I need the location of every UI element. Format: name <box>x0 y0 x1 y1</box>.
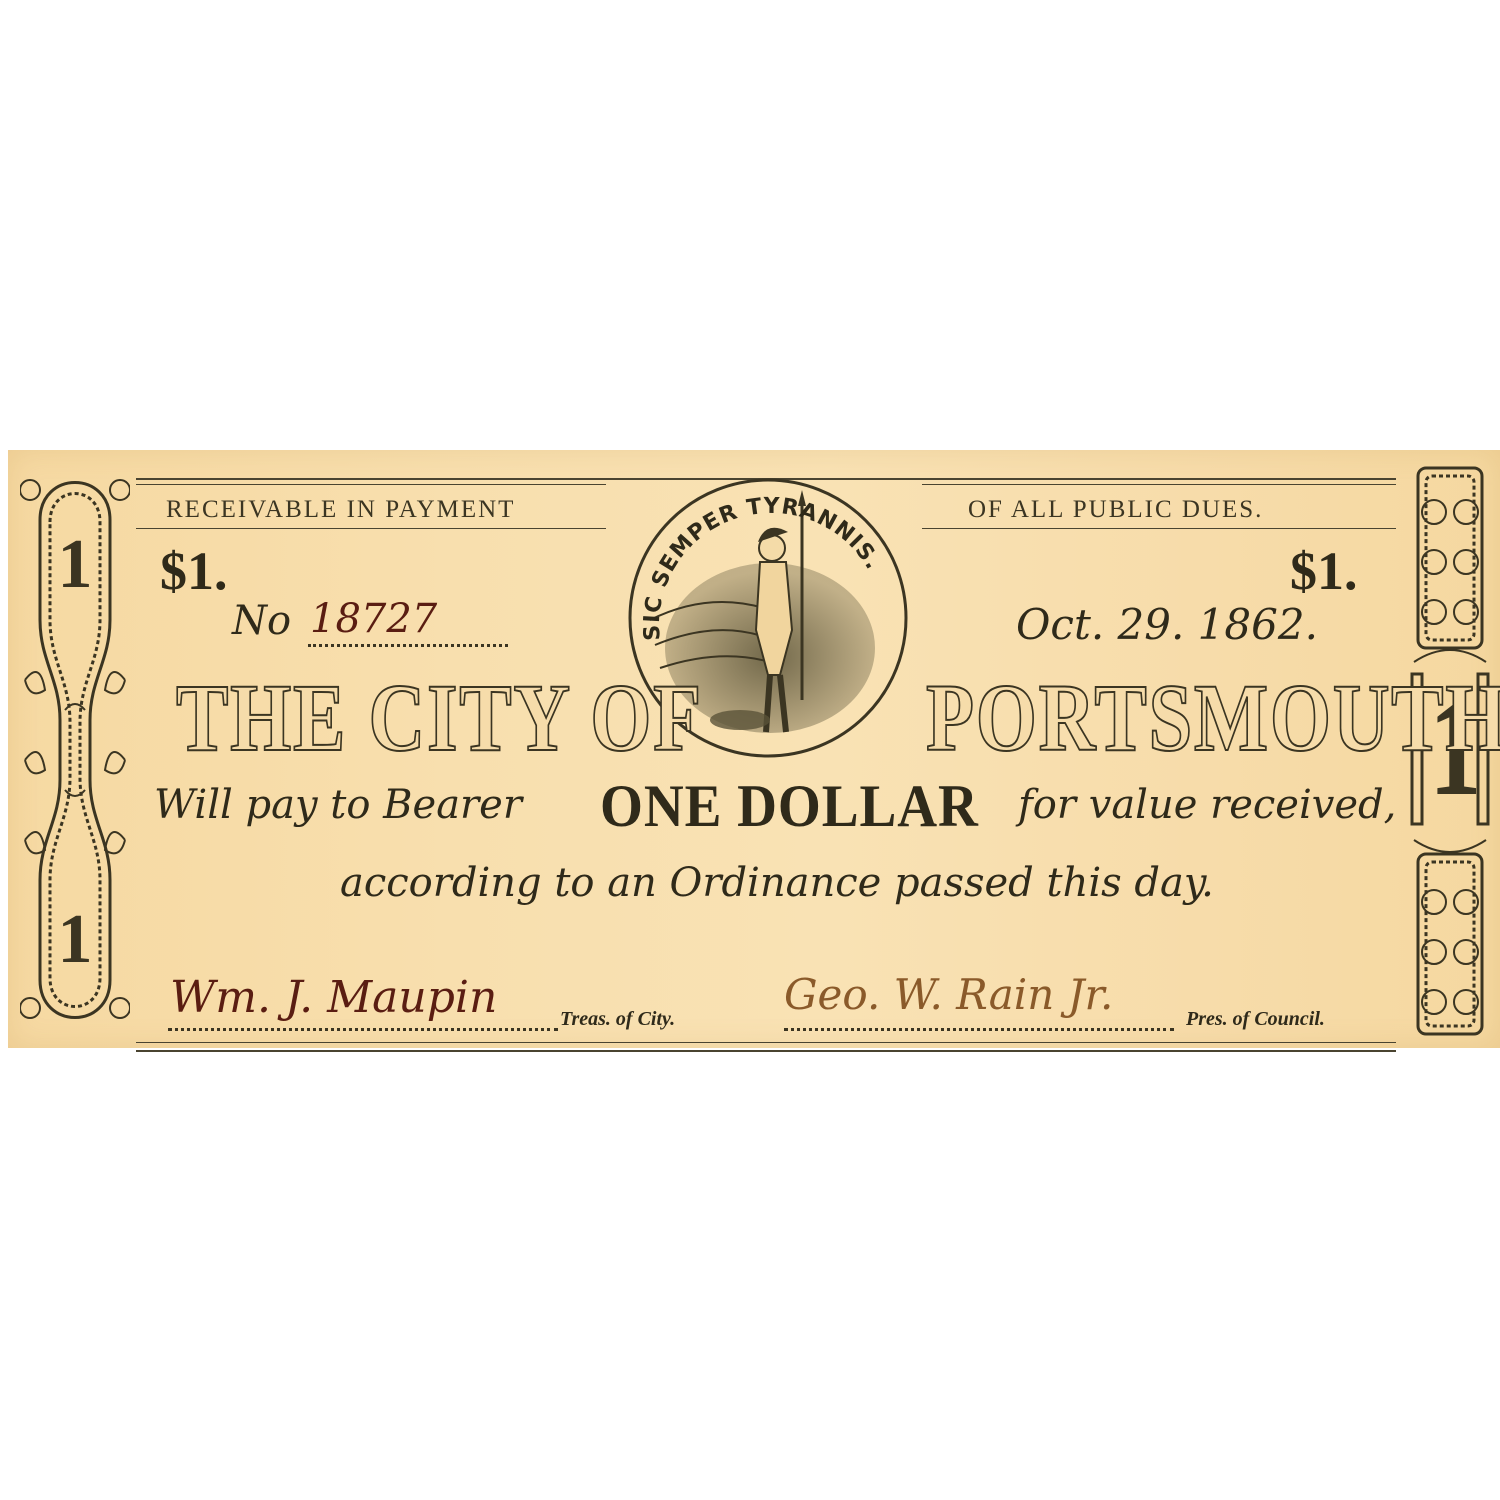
treasurer-title: Treas. of City. <box>560 1008 675 1031</box>
banner-public-dues: OF ALL PUBLIC DUES. <box>968 496 1263 524</box>
top-rule-inner-left <box>136 484 606 485</box>
treasurer-signature: Wm. J. Maupin <box>170 972 497 1023</box>
serial-prefix: No <box>232 598 291 644</box>
title-portsmouth: PORTSMOUTH <box>926 662 1500 773</box>
amount-in-words: ONE DOLLAR <box>600 772 979 841</box>
pay-line-start: Will pay to Bearer <box>154 782 522 828</box>
denomination-left: $1. <box>160 540 228 602</box>
serial-number: 18727 <box>310 596 437 642</box>
council-dotted-line <box>784 1028 1174 1031</box>
bottom-rule-inner <box>136 1042 1396 1043</box>
top-rule-inner-right <box>922 484 1396 485</box>
council-president-title: Pres. of Council. <box>1186 1008 1325 1031</box>
banknote: 1 1 1 RE <box>8 450 1500 1048</box>
serial-dotted-line <box>308 644 508 647</box>
banner-underline-right <box>922 528 1396 529</box>
pay-line-end: for value received, <box>1018 782 1396 828</box>
banner-receivable: RECEIVABLE IN PAYMENT <box>166 496 515 524</box>
ordinance-line: according to an Ordinance passed this da… <box>340 860 1214 906</box>
left-ornamental-border: 1 1 <box>20 460 130 1038</box>
title-the-city-of: THE CITY OF <box>176 662 703 773</box>
council-president-signature: Geo. W. Rain Jr. <box>784 970 1113 1019</box>
denomination-right: $1. <box>1290 540 1358 602</box>
treasurer-dotted-line <box>168 1028 558 1031</box>
issue-date: Oct. 29. 1862. <box>1016 600 1318 649</box>
border-numeral-top: 1 <box>50 530 100 600</box>
border-numeral-bottom: 1 <box>50 905 100 975</box>
banner-underline-left <box>136 528 606 529</box>
bottom-rule-outer <box>136 1050 1396 1052</box>
